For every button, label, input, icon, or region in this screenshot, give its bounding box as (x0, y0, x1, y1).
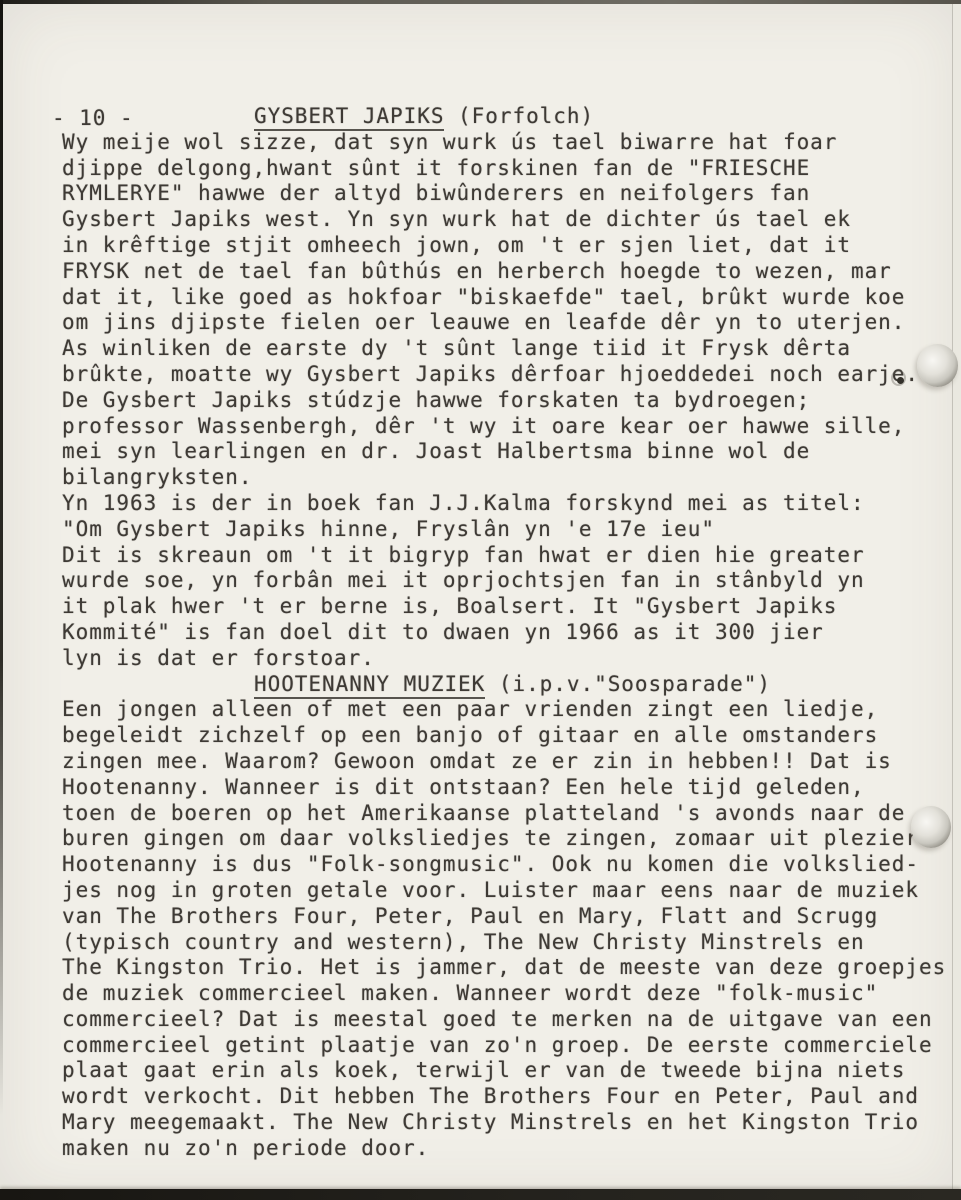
text-line: The Kingston Trio. Het is jammer, dat de… (62, 955, 961, 981)
text-line: toen de boeren op het Amerikaanse platte… (62, 801, 961, 827)
text-line: zingen mee. Waarom? Gewoon omdat ze er z… (62, 749, 961, 775)
text-line: wurde soe, yn forbân mei it oprjochtsjen… (62, 568, 961, 594)
text-line: plaat gaat erin als koek, terwijl er van… (62, 1058, 961, 1084)
text-line: om jins djipste fielen oer leauwe en lea… (62, 310, 961, 336)
text-line: Dit is skreaun om 't it bigryp fan hwat … (62, 543, 961, 569)
section-title-underlined: GYSBERT JAPIKS (254, 104, 444, 131)
section-title: HOOTENANNY MUZIEK (i.p.v."Soosparade") (62, 672, 961, 698)
text-line: (typisch country and western), The New C… (62, 930, 961, 956)
binder-ring-icon (917, 344, 958, 387)
text-line: wordt verkocht. Dit hebben The Brothers … (62, 1084, 961, 1110)
text-line: FRYSK net de tael fan bûthús en herberch… (62, 259, 961, 285)
text-line: bilangryksten. (62, 465, 961, 491)
text-line: de muziek commercieel maken. Wanneer wor… (62, 981, 961, 1007)
section-title-underlined: HOOTENANNY MUZIEK (254, 672, 485, 699)
scanned-page: - 10 - GYSBERT JAPIKS (Forfolch)Wy meije… (0, 0, 961, 1200)
text-line: van The Brothers Four, Peter, Paul en Ma… (62, 904, 961, 930)
text-line: Hootenanny is dus "Folk-songmusic". Ook … (62, 852, 961, 878)
text-line: professor Wassenbergh, dêr 't wy it oare… (62, 414, 961, 440)
text-line: RYMLERYE" hawwe der altyd biwûnderers en… (62, 181, 961, 207)
scan-edge-top (0, 0, 961, 4)
text-line: maken nu zo'n periode door. (62, 1136, 961, 1162)
text-line: Mary meegemaakt. The New Christy Minstre… (62, 1110, 961, 1136)
scan-edge-bottom (0, 1189, 961, 1200)
text-line: lyn is dat er forstoar. (62, 646, 961, 672)
text-line: buren gingen om daar volksliedjes te zin… (62, 826, 961, 852)
text-line: Gysbert Japiks west. Yn syn wurk hat de … (62, 207, 961, 233)
text-line: brûkte, moatte wy Gysbert Japiks dêrfoar… (62, 362, 961, 388)
section-title: GYSBERT JAPIKS (Forfolch) (62, 104, 961, 130)
text-line: commercieel getint plaatje van zo'n groe… (62, 1033, 961, 1059)
ink-speck-dot (897, 377, 904, 384)
text-line: Wy meije wol sizze, dat syn wurk ús tael… (62, 130, 961, 156)
text-line: As winliken de earste dy 't sûnt lange t… (62, 336, 961, 362)
text-line: it plak hwer 't er berne is, Boalsert. I… (62, 594, 961, 620)
section-title-rest: (i.p.v."Soosparade") (485, 672, 771, 696)
text-line: mei syn learlingen en dr. Joast Halberts… (62, 439, 961, 465)
binder-ring-icon (911, 806, 951, 848)
text-line: in krêftige stjit omheech jown, om 't er… (62, 233, 961, 259)
text-line: "Om Gysbert Japiks hinne, Fryslân yn 'e … (62, 517, 961, 543)
text-line: djippe delgong,hwant sûnt it forskinen f… (62, 156, 961, 182)
text-line: begeleidt zichzelf op een banjo of gitaa… (62, 723, 961, 749)
text-line: commercieel? Dat is meestal goed te merk… (62, 1007, 961, 1033)
text-line: dat it, like goed as hokfoar "biskaefde"… (62, 285, 961, 311)
text-line: Yn 1963 is der in boek fan J.J.Kalma for… (62, 491, 961, 517)
text-line: Kommité" is fan doel dit to dwaen yn 196… (62, 620, 961, 646)
section-title-rest: (Forfolch) (444, 104, 594, 128)
text-line: Hootenanny. Wanneer is dit ontstaan? Een… (62, 775, 961, 801)
scan-edge-left (0, 0, 3, 1200)
document-content: GYSBERT JAPIKS (Forfolch)Wy meije wol si… (0, 104, 961, 1162)
text-line: jes nog in groten getale voor. Luister m… (62, 878, 961, 904)
text-line: De Gysbert Japiks stúdzje hawwe forskate… (62, 388, 961, 414)
text-line: Een jongen alleen of met een paar vriend… (62, 697, 961, 723)
